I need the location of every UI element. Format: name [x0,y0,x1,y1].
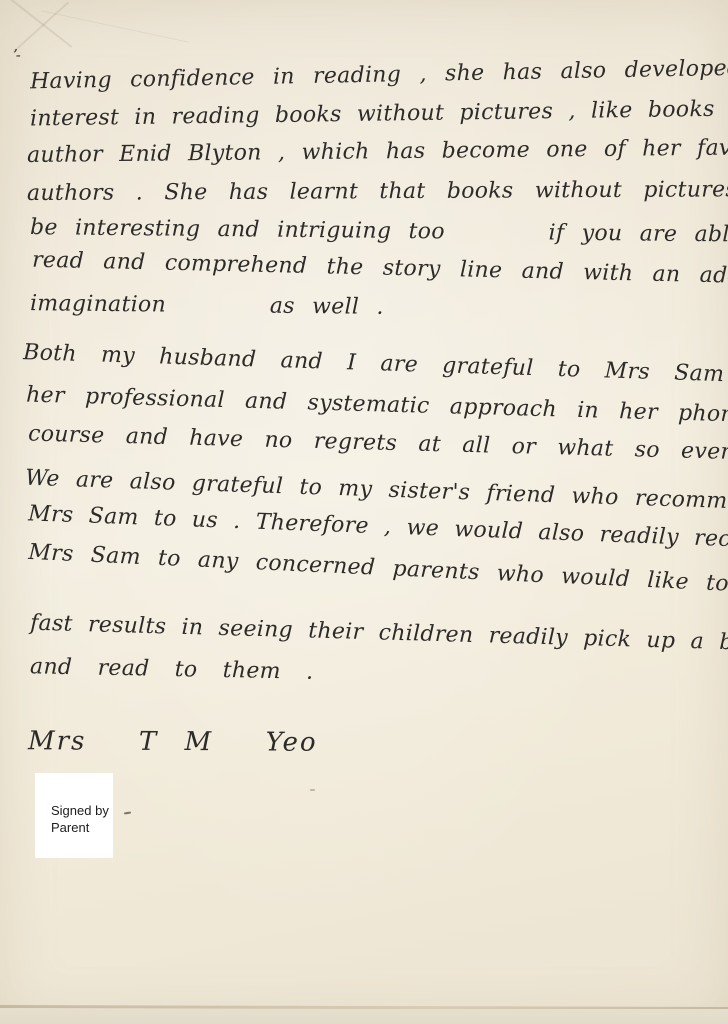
stray-ink-mark: ’- [13,50,27,62]
paper-crease [13,1,69,52]
handwritten-line-7: imagination as well . [30,291,384,320]
handwritten-line-13: Mrs Sam to any concerned parents who wou… [28,540,728,599]
scan-background-strip [0,1009,728,1024]
handwritten-line-3: author Enid Blyton , which has become on… [27,135,728,168]
stamp-text-line-2: Parent [51,820,109,837]
stamp-text-line-1: Signed by [51,803,109,820]
scanned-letter-page: ’- Having confidence in reading , she ha… [0,0,728,1024]
handwritten-line-2: interest in reading books without pictur… [30,96,728,132]
signed-by-parent-box: Signed by Parent [35,773,113,858]
handwritten-line-4: authors . She has learnt that books with… [27,177,728,206]
handwritten-line-9: her professional and systematic approach… [26,383,728,429]
handwritten-line-14: fast results in seeing their children re… [30,611,728,657]
handwritten-line-8: Both my husband and I are grateful to Mr… [23,340,728,389]
handwritten-line-5: be interesting and intriguing too if you… [30,215,728,248]
handwritten-line-10: course and have no regrets at all or wha… [28,421,728,465]
paper-crease [42,10,189,42]
paper-crease [10,0,73,48]
handwritten-line-1: Having confidence in reading , she has a… [30,55,728,95]
handwritten-line-6: read and comprehend the story line and w… [32,248,728,290]
ink-speck [124,812,131,815]
ink-speck [310,789,315,791]
handwritten-line-15: and read to them . [30,654,314,684]
signature: Mrs T M Yeo [28,726,318,758]
